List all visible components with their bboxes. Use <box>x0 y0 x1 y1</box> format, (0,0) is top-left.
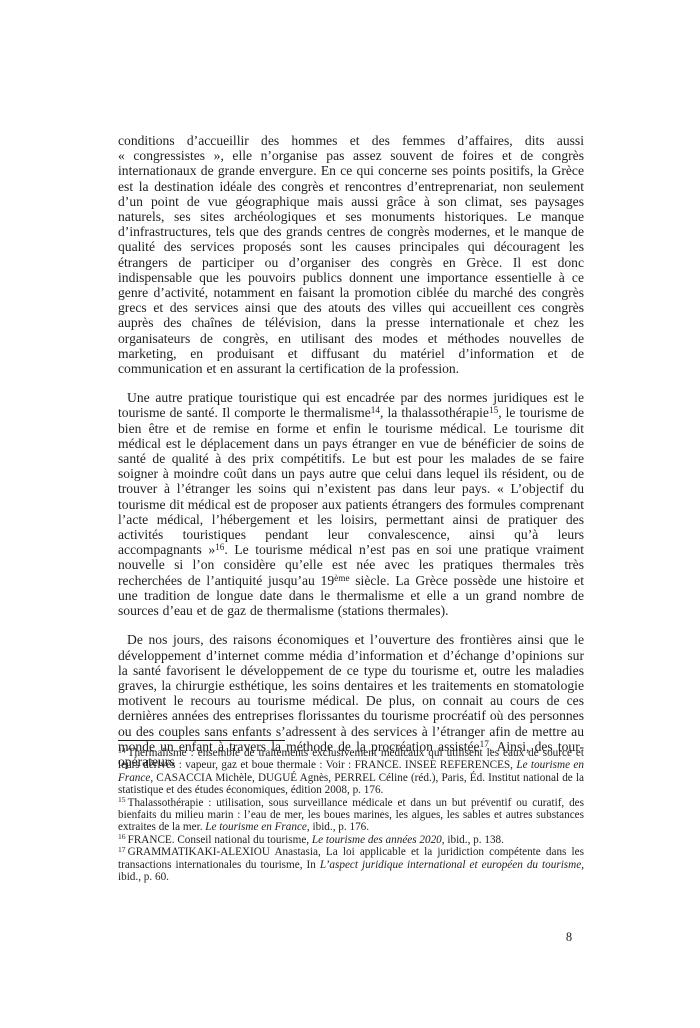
text-run: FRANCE. Conseil national du tourisme, <box>128 834 312 846</box>
italic-title: L’aspect juridique international et euro… <box>320 859 581 871</box>
text-run: , CASACCIA Michèle, DUGUÉ Agnès, PERREL … <box>118 772 584 796</box>
footnote-marker: 14 <box>118 746 126 755</box>
superscript-reference: ème <box>334 573 349 583</box>
paragraph-2: Une autre pratique touristique qui est e… <box>118 390 584 618</box>
footnote-marker: 15 <box>118 795 126 804</box>
body-text: conditions d’accueillir des hommes et de… <box>118 133 584 783</box>
text-run: De nos jours, des raisons économiques et… <box>118 632 584 753</box>
text-run: , la thalassothérapie <box>380 405 489 420</box>
footnote-14: 14Thermalisme : ensemble de traitements … <box>118 747 584 797</box>
text-run: conditions d’accueillir des hommes et de… <box>118 133 584 376</box>
text-run: Thermalisme : ensemble de traitements ex… <box>118 747 584 771</box>
footnote-marker: 16 <box>118 832 126 841</box>
paragraph-1: conditions d’accueillir des hommes et de… <box>118 133 584 376</box>
footnote-marker: 17 <box>118 845 126 854</box>
superscript-reference: 15 <box>489 405 498 415</box>
footnotes-section: 14Thermalisme : ensemble de traitements … <box>118 740 584 883</box>
text-run: , le tourisme de bien être et de remise … <box>118 405 584 557</box>
page-number: 8 <box>554 930 584 944</box>
text-run: , ibid., p. 176. <box>307 821 369 833</box>
footnote-16: 16FRANCE. Conseil national du tourisme, … <box>118 834 584 846</box>
italic-title: Le tourisme en France <box>205 821 307 833</box>
italic-title: Le tourisme des années 2020 <box>312 834 442 846</box>
superscript-reference: 16 <box>215 542 224 552</box>
text-run: , ibid., p. 138. <box>442 834 504 846</box>
scanned-document-page: { "page": { "number": "8" }, "document":… <box>0 0 700 1028</box>
footnote-15: 15Thalassothérapie : utilisation, sous s… <box>118 797 584 834</box>
footnotes-list: 14Thermalisme : ensemble de traitements … <box>118 747 584 883</box>
footnote-17: 17GRAMMATIKAKI-ALEXIOU Anastasia, La loi… <box>118 846 584 883</box>
footnote-separator <box>118 740 285 741</box>
superscript-reference: 14 <box>371 405 380 415</box>
page: conditions d’accueillir des hommes et de… <box>0 0 700 1028</box>
